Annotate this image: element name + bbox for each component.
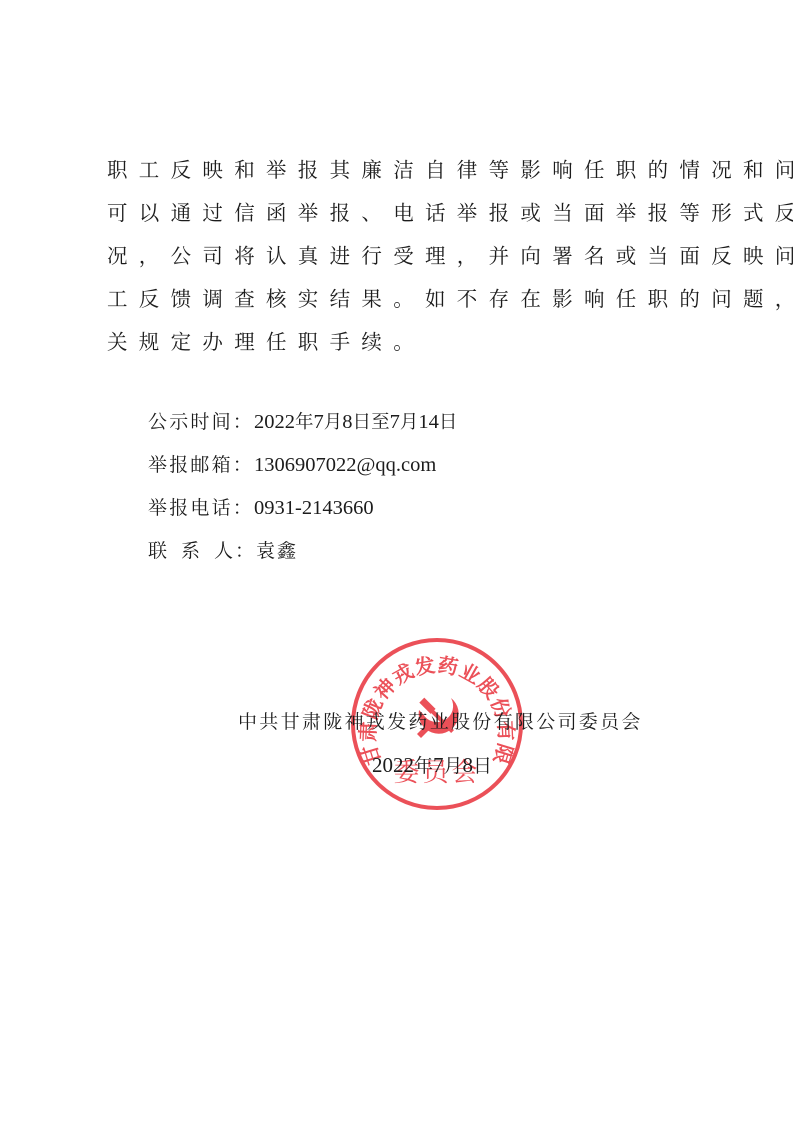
document-page: 职工反映和举报其廉洁自律等影响任职的情况和问题。举报人 可以通过信函举报、电话举… bbox=[0, 0, 793, 1122]
body-line: 可以通过信函举报、电话举报或当面举报等形式反映相关情 bbox=[107, 195, 697, 238]
end-day: 14 bbox=[418, 411, 439, 433]
report-email-row: 举报邮箱：1306907022@qq.com bbox=[148, 448, 457, 491]
signing-organization: 中共甘肃陇神戎发药业股份有限公司委员会 bbox=[238, 706, 643, 738]
sign-month: 7 bbox=[433, 753, 444, 777]
signing-date: 2022年7月8日 bbox=[372, 749, 492, 782]
body-line: 况，公司将认真进行受理，并向署名或当面反映问题的干部职 bbox=[107, 238, 697, 281]
contact-label: 联系人： bbox=[148, 540, 256, 562]
month-char: 月 bbox=[324, 412, 343, 433]
year: 2022 bbox=[254, 411, 295, 433]
report-email-label: 举报邮箱： bbox=[148, 454, 254, 476]
sign-year-char: 年 bbox=[414, 755, 433, 777]
report-phone-row: 举报电话：0931-2143660 bbox=[148, 491, 457, 534]
sign-day: 8 bbox=[463, 753, 474, 777]
contact-row: 联系人：袁鑫 bbox=[148, 534, 457, 577]
publicity-period-label: 公示时间： bbox=[148, 411, 254, 433]
end-month-char: 月 bbox=[400, 412, 419, 433]
report-phone-value: 0931-2143660 bbox=[254, 497, 374, 519]
contact-info-block: 公示时间：2022年7月8日至7月14日 举报邮箱：1306907022@qq.… bbox=[148, 405, 457, 577]
publicity-period-row: 公示时间：2022年7月8日至7月14日 bbox=[148, 405, 457, 448]
sign-day-char: 日 bbox=[473, 755, 492, 777]
to-char: 至 bbox=[371, 412, 390, 433]
body-paragraph: 职工反映和举报其廉洁自律等影响任职的情况和问题。举报人 可以通过信函举报、电话举… bbox=[107, 152, 697, 367]
publicity-period-value: 2022年7月8日至7月14日 bbox=[254, 411, 457, 433]
report-phone-label: 举报电话： bbox=[148, 497, 254, 519]
report-email-value[interactable]: 1306907022@qq.com bbox=[254, 454, 436, 476]
sign-month-char: 月 bbox=[444, 755, 463, 777]
sign-year: 2022 bbox=[372, 753, 414, 777]
contact-label-char: 人： bbox=[214, 540, 256, 562]
end-day-char: 日 bbox=[439, 412, 458, 433]
end-month: 7 bbox=[390, 411, 400, 433]
contact-label-char: 联 bbox=[148, 540, 181, 562]
body-line: 关规定办理任职手续。 bbox=[107, 324, 697, 367]
contact-value: 袁鑫 bbox=[256, 540, 298, 562]
body-line: 职工反映和举报其廉洁自律等影响任职的情况和问题。举报人 bbox=[107, 152, 697, 195]
month: 7 bbox=[314, 411, 324, 433]
body-line: 工反馈调查核实结果。如不存在影响任职的问题，公司将按有 bbox=[107, 281, 697, 324]
day-char: 日 bbox=[353, 412, 372, 433]
day: 8 bbox=[342, 411, 352, 433]
year-char: 年 bbox=[295, 412, 314, 433]
contact-label-char: 系 bbox=[181, 540, 214, 562]
